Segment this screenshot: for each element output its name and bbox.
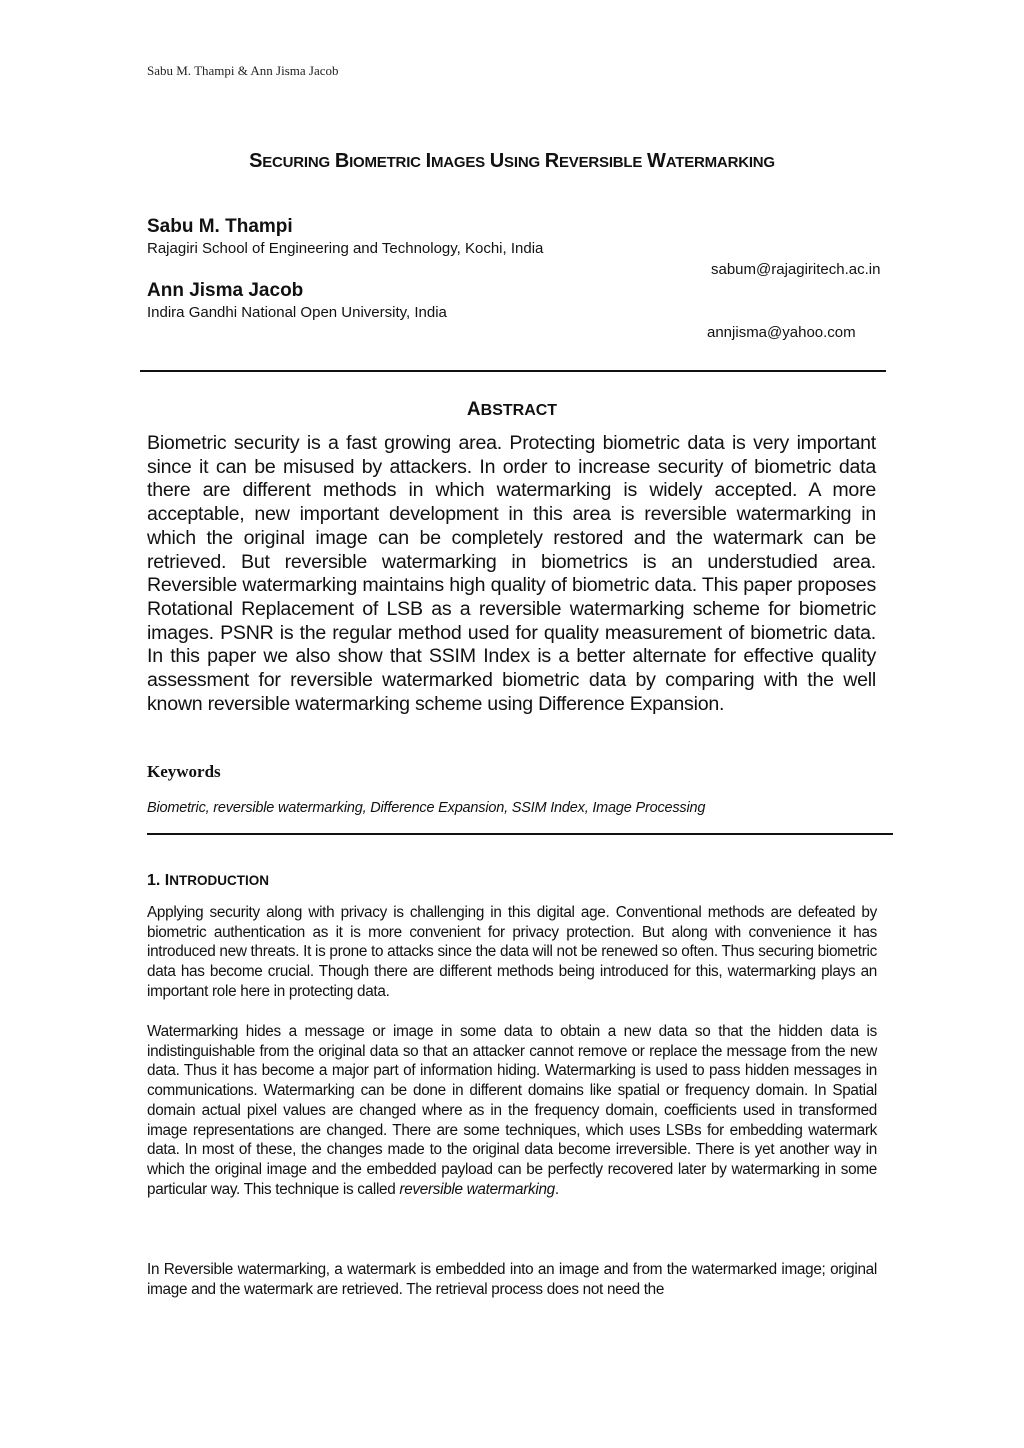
paper-page: Sabu M. Thampi & Ann Jisma Jacob SECURIN… — [0, 0, 1024, 1448]
author-name-1: Sabu M. Thampi — [147, 216, 293, 238]
keywords-divider — [147, 833, 893, 835]
intro-paragraph-2: Watermarking hides a message or image in… — [147, 1022, 877, 1199]
title-word: REVERSIBLE — [545, 151, 642, 171]
abstract-text: Biometric security is a fast growing are… — [147, 432, 876, 716]
intro-paragraph-3: In Reversible watermarking, a watermark … — [147, 1260, 877, 1299]
author-affiliation-1: Rajagiri School of Engineering and Techn… — [147, 240, 543, 257]
abstract-heading: ABSTRACT — [0, 399, 1024, 421]
italic-term: reversible watermarking — [399, 1181, 554, 1198]
keywords-heading: Keywords — [147, 762, 221, 782]
author-email-1[interactable]: sabum@rajagiritech.ac.in — [711, 261, 880, 278]
author-name-2: Ann Jisma Jacob — [147, 280, 303, 302]
author-email-2[interactable]: annjisma@yahoo.com — [707, 324, 856, 341]
section-heading-introduction: 1. INTRODUCTION — [147, 872, 269, 890]
title-word: WATERMARKING — [647, 151, 775, 171]
intro-paragraph-1: Applying security along with privacy is … — [147, 903, 877, 1002]
author-affiliation-2: Indira Gandhi National Open University, … — [147, 304, 447, 321]
title-word: USING — [490, 151, 540, 171]
header-divider — [140, 370, 886, 372]
keywords-text: Biometric, reversible watermarking, Diff… — [147, 800, 705, 816]
title-word: SECURING — [249, 151, 330, 171]
running-head: Sabu M. Thampi & Ann Jisma Jacob — [147, 63, 339, 79]
title-word: BIOMETRIC — [335, 151, 421, 171]
paper-title: SECURING BIOMETRIC IMAGES USING REVERSIB… — [0, 150, 1024, 173]
title-word: IMAGES — [426, 151, 485, 171]
